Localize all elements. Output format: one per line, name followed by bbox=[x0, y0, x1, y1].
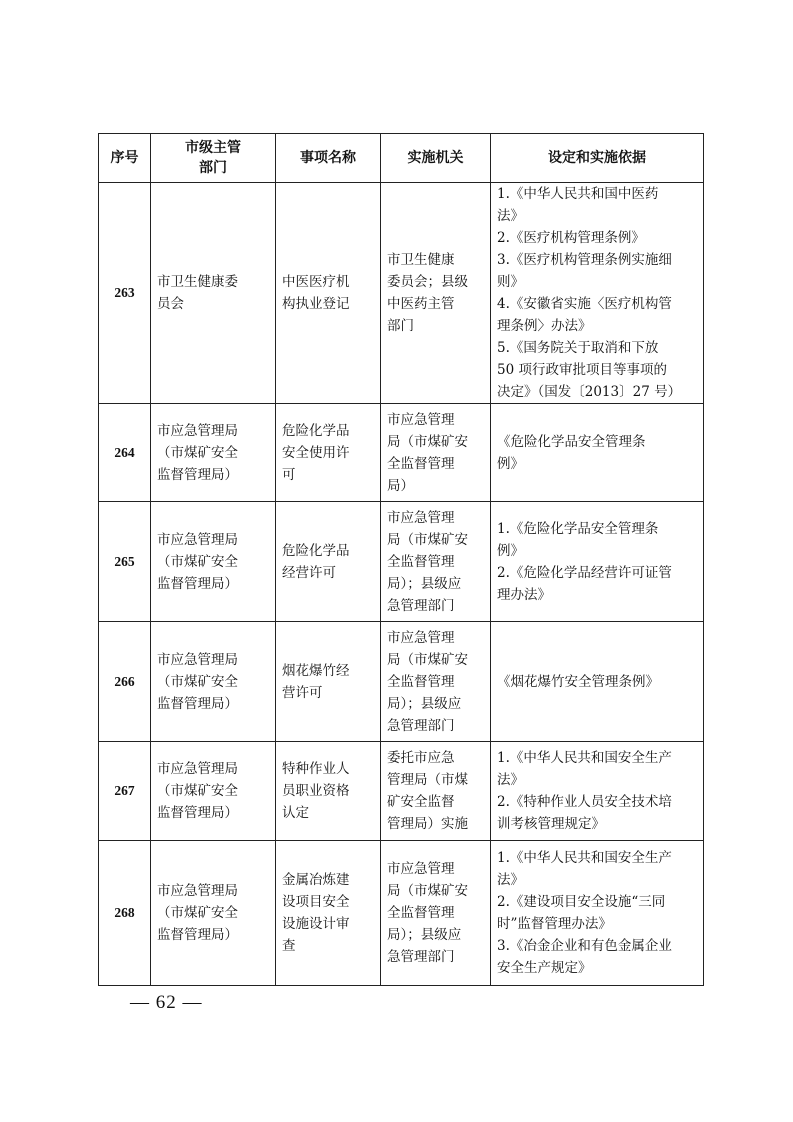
cell-implementing-agency: 市应急管理局（市煤矿安全监督管理局）；县级应急管理部门 bbox=[381, 502, 491, 622]
cell-item-name: 危险化学品安全使用许可 bbox=[276, 404, 381, 502]
cell-item-name: 中医医疗机构执业登记 bbox=[276, 183, 381, 404]
cell-legal-basis-line: 例》 bbox=[497, 540, 697, 562]
cell-implementing-agency-line: 全监督管理 bbox=[387, 453, 484, 475]
table-row: 264市应急管理局（市煤矿安全监督管理局）危险化学品安全使用许可市应急管理局（市… bbox=[99, 404, 704, 502]
cell-department: 市应急管理局（市煤矿安全监督管理局） bbox=[151, 841, 276, 986]
table-row: 263市卫生健康委员会中医医疗机构执业登记市卫生健康委员会；县级中医药主管部门1… bbox=[99, 183, 704, 404]
cell-legal-basis-line: 1.《中华人民共和国中医药 bbox=[497, 183, 697, 205]
cell-implementing-agency: 市应急管理局（市煤矿安全监督管理局）；县级应急管理部门 bbox=[381, 622, 491, 742]
cell-legal-basis-line: 理办法》 bbox=[497, 584, 697, 606]
header-department-line: 部门 bbox=[157, 158, 269, 178]
cell-implementing-agency-line: 局）；县级应 bbox=[387, 693, 484, 715]
cell-implementing-agency-line: 委员会；县级 bbox=[387, 271, 484, 293]
cell-item-name-line: 危险化学品 bbox=[282, 420, 374, 442]
cell-legal-basis: 1.《中华人民共和国安全生产法》2.《建设项目安全设施“三同时”监督管理办法》3… bbox=[491, 841, 704, 986]
cell-department-line: （市煤矿安全 bbox=[157, 442, 269, 464]
cell-implementing-agency-line: 局（市煤矿安 bbox=[387, 649, 484, 671]
cell-item-name-line: 认定 bbox=[282, 802, 374, 824]
cell-legal-basis-line: 1.《危险化学品安全管理条 bbox=[497, 518, 697, 540]
table-row: 268市应急管理局（市煤矿安全监督管理局）金属冶炼建设项目安全设施设计审查市应急… bbox=[99, 841, 704, 986]
cell-item-name-line: 危险化学品 bbox=[282, 540, 374, 562]
cell-serial-number: 264 bbox=[99, 404, 151, 502]
cell-department-line: 监督管理局） bbox=[157, 693, 269, 715]
cell-item-name-line: 烟花爆竹经 bbox=[282, 660, 374, 682]
table-row: 267市应急管理局（市煤矿安全监督管理局）特种作业人员职业资格认定委托市应急管理… bbox=[99, 742, 704, 841]
cell-legal-basis-line: 《危险化学品安全管理条 bbox=[497, 431, 697, 453]
cell-implementing-agency-line: 局（市煤矿安 bbox=[387, 431, 484, 453]
cell-item-name-line: 可 bbox=[282, 464, 374, 486]
cell-serial-number: 265 bbox=[99, 502, 151, 622]
cell-department-line: 市应急管理局 bbox=[157, 420, 269, 442]
cell-department-line: 监督管理局） bbox=[157, 573, 269, 595]
cell-serial-number: 268 bbox=[99, 841, 151, 986]
cell-legal-basis-line: 时”监督管理办法》 bbox=[497, 913, 697, 935]
cell-legal-basis-line: 3.《医疗机构管理条例实施细 bbox=[497, 249, 697, 271]
cell-department-line: 市应急管理局 bbox=[157, 758, 269, 780]
cell-department-line: （市煤矿安全 bbox=[157, 551, 269, 573]
cell-department: 市应急管理局（市煤矿安全监督管理局） bbox=[151, 404, 276, 502]
cell-implementing-agency-line: 管理局（市煤 bbox=[387, 769, 484, 791]
table-row: 266市应急管理局（市煤矿安全监督管理局）烟花爆竹经营许可市应急管理局（市煤矿安… bbox=[99, 622, 704, 742]
cell-item-name-line: 金属冶炼建 bbox=[282, 869, 374, 891]
cell-implementing-agency-line: 委托市应急 bbox=[387, 747, 484, 769]
cell-department-line: （市煤矿安全 bbox=[157, 780, 269, 802]
cell-department: 市应急管理局（市煤矿安全监督管理局） bbox=[151, 502, 276, 622]
cell-item-name-line: 营许可 bbox=[282, 682, 374, 704]
cell-department: 市卫生健康委员会 bbox=[151, 183, 276, 404]
cell-legal-basis-line: 4.《安徽省实施〈医疗机构管 bbox=[497, 293, 697, 315]
cell-legal-basis-line: 1.《中华人民共和国安全生产 bbox=[497, 747, 697, 769]
cell-item-name-line: 构执业登记 bbox=[282, 293, 374, 315]
cell-implementing-agency: 市卫生健康委员会；县级中医药主管部门 bbox=[381, 183, 491, 404]
cell-department: 市应急管理局（市煤矿安全监督管理局） bbox=[151, 742, 276, 841]
cell-implementing-agency-line: 局（市煤矿安 bbox=[387, 529, 484, 551]
cell-item-name: 特种作业人员职业资格认定 bbox=[276, 742, 381, 841]
cell-legal-basis-line: 3.《冶金企业和有色金属企业 bbox=[497, 935, 697, 957]
cell-department-line: 监督管理局） bbox=[157, 802, 269, 824]
cell-department-line: （市煤矿安全 bbox=[157, 902, 269, 924]
approval-items-table: 序号 市级主管 部门 事项名称 实施机关 设定和实施依据 263市卫生健康委员会… bbox=[98, 133, 704, 986]
cell-legal-basis-line: 法》 bbox=[497, 769, 697, 791]
cell-implementing-agency-line: 全监督管理 bbox=[387, 902, 484, 924]
cell-implementing-agency-line: 市应急管理 bbox=[387, 627, 484, 649]
cell-implementing-agency-line: 市卫生健康 bbox=[387, 249, 484, 271]
cell-item-name: 危险化学品经营许可 bbox=[276, 502, 381, 622]
cell-legal-basis-line: 《烟花爆竹安全管理条例》 bbox=[497, 671, 697, 693]
cell-legal-basis-line: 2.《特种作业人员安全技术培 bbox=[497, 791, 697, 813]
cell-implementing-agency-line: 管理局）实施 bbox=[387, 813, 484, 835]
table-row: 265市应急管理局（市煤矿安全监督管理局）危险化学品经营许可市应急管理局（市煤矿… bbox=[99, 502, 704, 622]
cell-item-name-line: 设项目安全 bbox=[282, 891, 374, 913]
cell-legal-basis: 1.《中华人民共和国安全生产法》2.《特种作业人员安全技术培训考核管理规定》 bbox=[491, 742, 704, 841]
table-header-row: 序号 市级主管 部门 事项名称 实施机关 设定和实施依据 bbox=[99, 134, 704, 183]
header-serial-number: 序号 bbox=[99, 134, 151, 183]
cell-implementing-agency-line: 中医药主管 bbox=[387, 293, 484, 315]
cell-legal-basis: 《危险化学品安全管理条例》 bbox=[491, 404, 704, 502]
cell-implementing-agency-line: 市应急管理 bbox=[387, 858, 484, 880]
cell-legal-basis-line: 50 项行政审批项目等事项的 bbox=[497, 359, 697, 381]
cell-legal-basis-line: 5.《国务院关于取消和下放 bbox=[497, 337, 697, 359]
cell-implementing-agency-line: 急管理部门 bbox=[387, 595, 484, 617]
cell-legal-basis-line: 1.《中华人民共和国安全生产 bbox=[497, 847, 697, 869]
cell-implementing-agency-line: 全监督管理 bbox=[387, 671, 484, 693]
cell-implementing-agency: 委托市应急管理局（市煤矿安全监督管理局）实施 bbox=[381, 742, 491, 841]
page-number: — 62 — bbox=[130, 992, 203, 1014]
cell-serial-number: 263 bbox=[99, 183, 151, 404]
cell-legal-basis-line: 安全生产规定》 bbox=[497, 957, 697, 979]
cell-department-line: 市卫生健康委 bbox=[157, 271, 269, 293]
cell-serial-number: 267 bbox=[99, 742, 151, 841]
cell-serial-number: 266 bbox=[99, 622, 151, 742]
cell-item-name-line: 安全使用许 bbox=[282, 442, 374, 464]
cell-department-line: 市应急管理局 bbox=[157, 880, 269, 902]
cell-implementing-agency-line: 急管理部门 bbox=[387, 715, 484, 737]
cell-legal-basis-line: 决定》（国发〔2013〕27 号） bbox=[497, 381, 697, 403]
cell-legal-basis: 1.《危险化学品安全管理条例》2.《危险化学品经营许可证管理办法》 bbox=[491, 502, 704, 622]
cell-implementing-agency-line: 局） bbox=[387, 475, 484, 497]
cell-legal-basis-line: 2.《医疗机构管理条例》 bbox=[497, 227, 697, 249]
cell-department-line: （市煤矿安全 bbox=[157, 671, 269, 693]
cell-implementing-agency-line: 局）；县级应 bbox=[387, 573, 484, 595]
cell-department: 市应急管理局（市煤矿安全监督管理局） bbox=[151, 622, 276, 742]
cell-department-line: 市应急管理局 bbox=[157, 529, 269, 551]
cell-implementing-agency-line: 矿安全监督 bbox=[387, 791, 484, 813]
cell-department-line: 市应急管理局 bbox=[157, 649, 269, 671]
header-legal-basis: 设定和实施依据 bbox=[491, 134, 704, 183]
cell-legal-basis-line: 则》 bbox=[497, 271, 697, 293]
cell-item-name-line: 经营许可 bbox=[282, 562, 374, 584]
cell-legal-basis-line: 例》 bbox=[497, 453, 697, 475]
header-implementing-agency: 实施机关 bbox=[381, 134, 491, 183]
cell-implementing-agency-line: 市应急管理 bbox=[387, 507, 484, 529]
cell-implementing-agency-line: 急管理部门 bbox=[387, 946, 484, 968]
cell-implementing-agency-line: 全监督管理 bbox=[387, 551, 484, 573]
cell-item-name: 金属冶炼建设项目安全设施设计审查 bbox=[276, 841, 381, 986]
cell-implementing-agency-line: 部门 bbox=[387, 315, 484, 337]
cell-implementing-agency: 市应急管理局（市煤矿安全监督管理局）；县级应急管理部门 bbox=[381, 841, 491, 986]
cell-legal-basis-line: 法》 bbox=[497, 869, 697, 891]
cell-legal-basis: 1.《中华人民共和国中医药法》2.《医疗机构管理条例》3.《医疗机构管理条例实施… bbox=[491, 183, 704, 404]
header-item-name: 事项名称 bbox=[276, 134, 381, 183]
cell-department-line: 监督管理局） bbox=[157, 464, 269, 486]
cell-implementing-agency-line: 市应急管理 bbox=[387, 409, 484, 431]
cell-legal-basis-line: 2.《危险化学品经营许可证管 bbox=[497, 562, 697, 584]
cell-item-name-line: 员职业资格 bbox=[282, 780, 374, 802]
cell-department-line: 员会 bbox=[157, 293, 269, 315]
header-department-line: 市级主管 bbox=[157, 138, 269, 158]
cell-implementing-agency-line: 局）；县级应 bbox=[387, 924, 484, 946]
cell-legal-basis-line: 理条例〉办法》 bbox=[497, 315, 697, 337]
cell-item-name-line: 中医医疗机 bbox=[282, 271, 374, 293]
cell-item-name-line: 设施设计审 bbox=[282, 913, 374, 935]
cell-legal-basis-line: 2.《建设项目安全设施“三同 bbox=[497, 891, 697, 913]
cell-legal-basis-line: 训考核管理规定》 bbox=[497, 813, 697, 835]
cell-legal-basis: 《烟花爆竹安全管理条例》 bbox=[491, 622, 704, 742]
cell-item-name: 烟花爆竹经营许可 bbox=[276, 622, 381, 742]
cell-legal-basis-line: 法》 bbox=[497, 205, 697, 227]
header-department: 市级主管 部门 bbox=[151, 134, 276, 183]
cell-item-name-line: 查 bbox=[282, 935, 374, 957]
cell-item-name-line: 特种作业人 bbox=[282, 758, 374, 780]
cell-department-line: 监督管理局） bbox=[157, 924, 269, 946]
cell-implementing-agency-line: 局（市煤矿安 bbox=[387, 880, 484, 902]
cell-implementing-agency: 市应急管理局（市煤矿安全监督管理局） bbox=[381, 404, 491, 502]
